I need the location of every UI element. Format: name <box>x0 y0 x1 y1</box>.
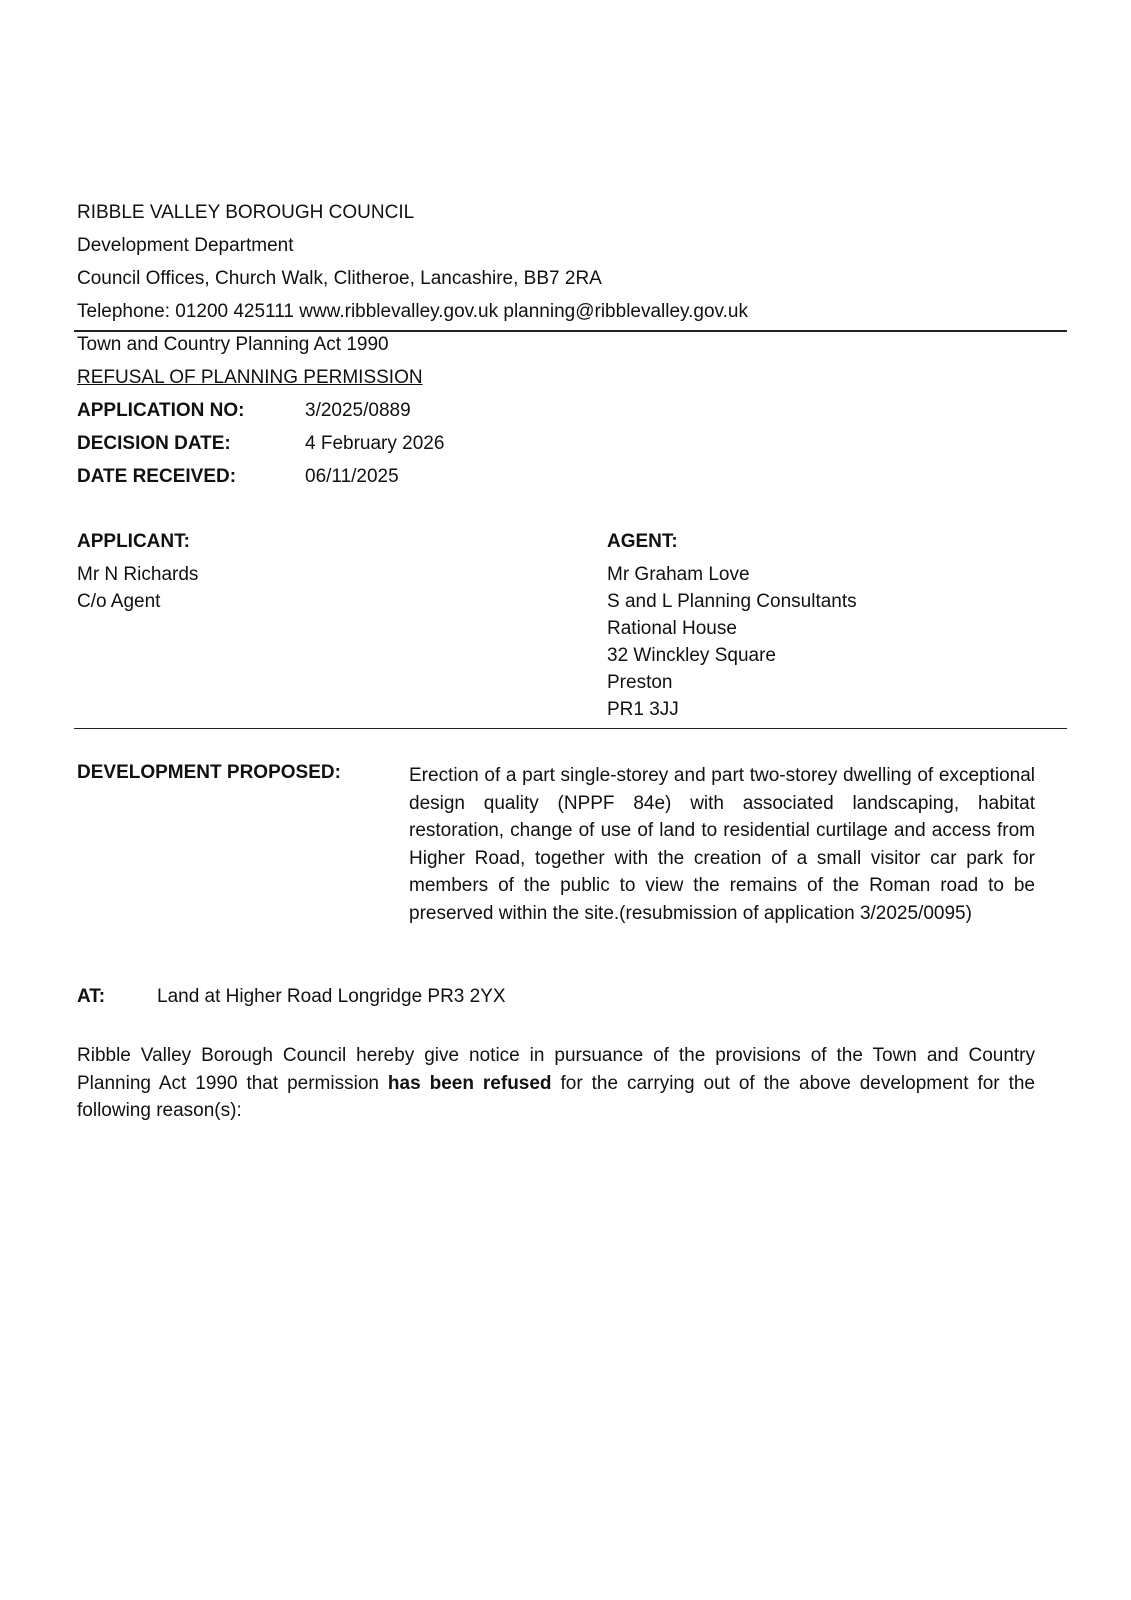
agent-company: S and L Planning Consultants <box>607 591 857 613</box>
agent-name: Mr Graham Love <box>607 564 750 586</box>
agent-address-line-1: Rational House <box>607 618 737 640</box>
refusal-emphasis: has been refused <box>388 1073 552 1094</box>
decision-date-label: DECISION DATE: <box>77 433 231 455</box>
refusal-notice: Ribble Valley Borough Council hereby giv… <box>77 1042 1035 1125</box>
agent-postcode: PR1 3JJ <box>607 699 679 721</box>
contact-line: Telephone: 01200 425111 www.ribblevalley… <box>77 301 748 323</box>
council-address: Council Offices, Church Walk, Clitheroe,… <box>77 268 602 290</box>
date-received-value: 06/11/2025 <box>305 466 399 488</box>
applicant-name: Mr N Richards <box>77 564 198 586</box>
development-label: DEVELOPMENT PROPOSED: <box>77 762 341 784</box>
site-label: AT: <box>77 986 105 1008</box>
site-address: Land at Higher Road Longridge PR3 2YX <box>157 986 506 1008</box>
applicant-address: C/o Agent <box>77 591 160 613</box>
date-received-label: DATE RECEIVED: <box>77 466 236 488</box>
agent-town: Preston <box>607 672 672 694</box>
department-name: Development Department <box>77 235 294 257</box>
parties-divider <box>74 728 1067 729</box>
agent-address-line-2: 32 Winckley Square <box>607 645 776 667</box>
act-title: Town and Country Planning Act 1990 <box>77 334 389 356</box>
decision-type: REFUSAL OF PLANNING PERMISSION <box>77 367 423 389</box>
header-divider <box>74 330 1067 332</box>
council-name: RIBBLE VALLEY BOROUGH COUNCIL <box>77 202 414 224</box>
decision-date-value: 4 February 2026 <box>305 433 444 455</box>
development-description: Erection of a part single-storey and par… <box>409 762 1035 927</box>
application-no-label: APPLICATION NO: <box>77 400 244 422</box>
applicant-label: APPLICANT: <box>77 531 190 553</box>
agent-label: AGENT: <box>607 531 678 553</box>
application-no-value: 3/2025/0889 <box>305 400 411 422</box>
